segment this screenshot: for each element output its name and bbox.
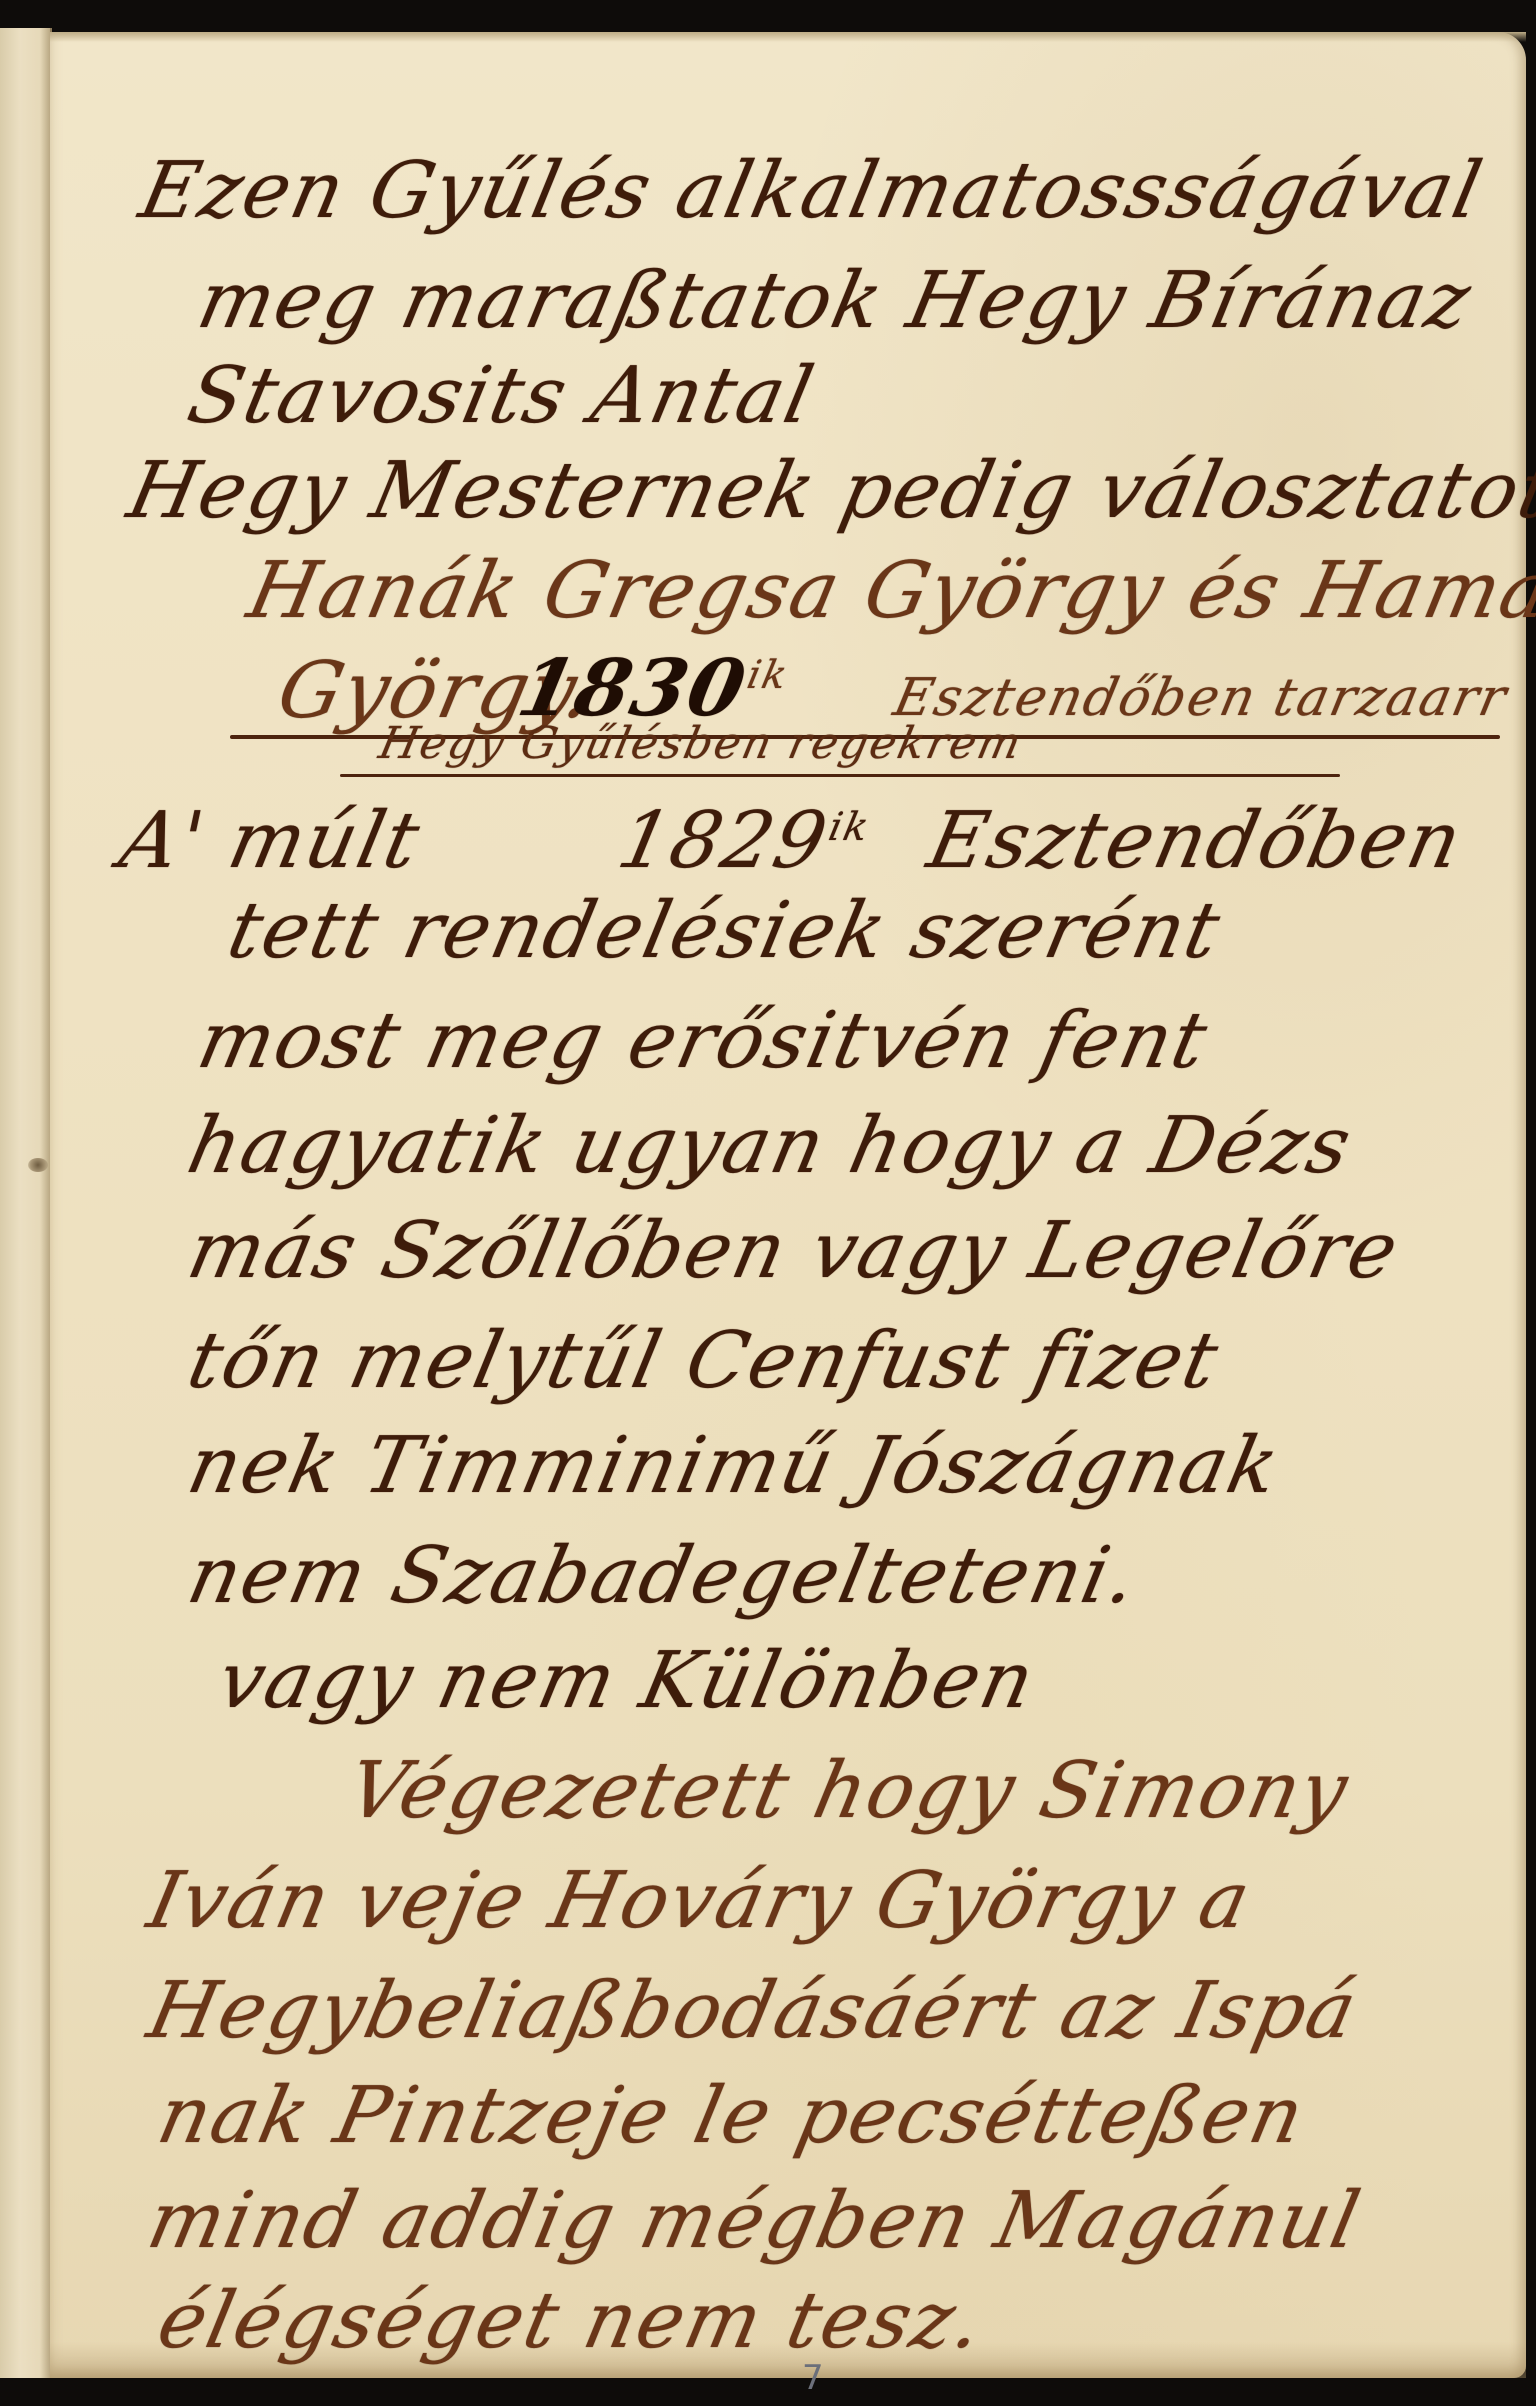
struck-out-line: Hegy Gyűlésben regekrem (375, 722, 1026, 766)
manuscript-line: Esztendőben (922, 802, 1470, 880)
binding-strip (0, 28, 52, 2378)
manuscript-line: hagyatik ugyan hogy a Dézs (182, 1107, 1359, 1185)
manuscript-line: élégséget nem tesz. (152, 2282, 991, 2360)
manuscript-line: nek Timminimű Jószágnak (182, 1427, 1287, 1505)
manuscript-line: nak Pintzeje le pecsétteßen (152, 2077, 1312, 2155)
manuscript-line: nem Szabadegelteteni. (182, 1537, 1145, 1615)
manuscript-line: Esztendőben tarzaarr (889, 672, 1512, 724)
year-1829-suffix: ik (825, 805, 875, 850)
manuscript-line: Stavosits Antal (182, 357, 821, 435)
manuscript-line: Végezetett hogy Simony (342, 1752, 1356, 1830)
sewing-hole (28, 1158, 48, 1172)
page-number: 7 (802, 2358, 824, 2398)
manuscript-line: most meg erősitvén fent (192, 1002, 1215, 1080)
manuscript-line: tőn melytűl Cenfust fizet (182, 1322, 1226, 1400)
manuscript-line: Hanák Gregsa György és Hamarzomi (242, 552, 1536, 630)
manuscript-line: meg maraßtatok Hegy Bíránaz (192, 262, 1479, 340)
manuscript-line: más Szőllőben vagy Legelőre (182, 1212, 1406, 1290)
manuscript-line: Iván veje Hováry György a (142, 1862, 1258, 1940)
manuscript-line: mind addig mégben Magánul (142, 2182, 1368, 2260)
manuscript-line: A' múlt (114, 802, 428, 880)
manuscript-line: vagy nem Különben (212, 1642, 1042, 1720)
manuscript-line: Hegybeliaßbodásáért az Ispá (142, 1972, 1364, 2050)
scanned-manuscript: Ezen Gyűlés alkalmatossságával meg maraß… (0, 0, 1536, 2406)
year-1830-suffix: ik (743, 653, 793, 698)
dated-phrase-1830: 1830ik (512, 650, 794, 728)
manuscript-line: tett rendelésiek szerént (222, 892, 1228, 970)
strikethrough-flourish (340, 774, 1340, 777)
year-1829: 1829 (610, 796, 836, 886)
dated-phrase-1829: 1829ik (612, 802, 875, 880)
manuscript-text: Ezen Gyűlés alkalmatossságával meg maraß… (50, 32, 1526, 2378)
manuscript-line: Ezen Gyűlés alkalmatossságával (134, 152, 1490, 230)
manuscript-page: Ezen Gyűlés alkalmatossságával meg maraß… (50, 32, 1526, 2378)
manuscript-line: Hegy Mesternek pedig válosztatott (122, 452, 1536, 530)
